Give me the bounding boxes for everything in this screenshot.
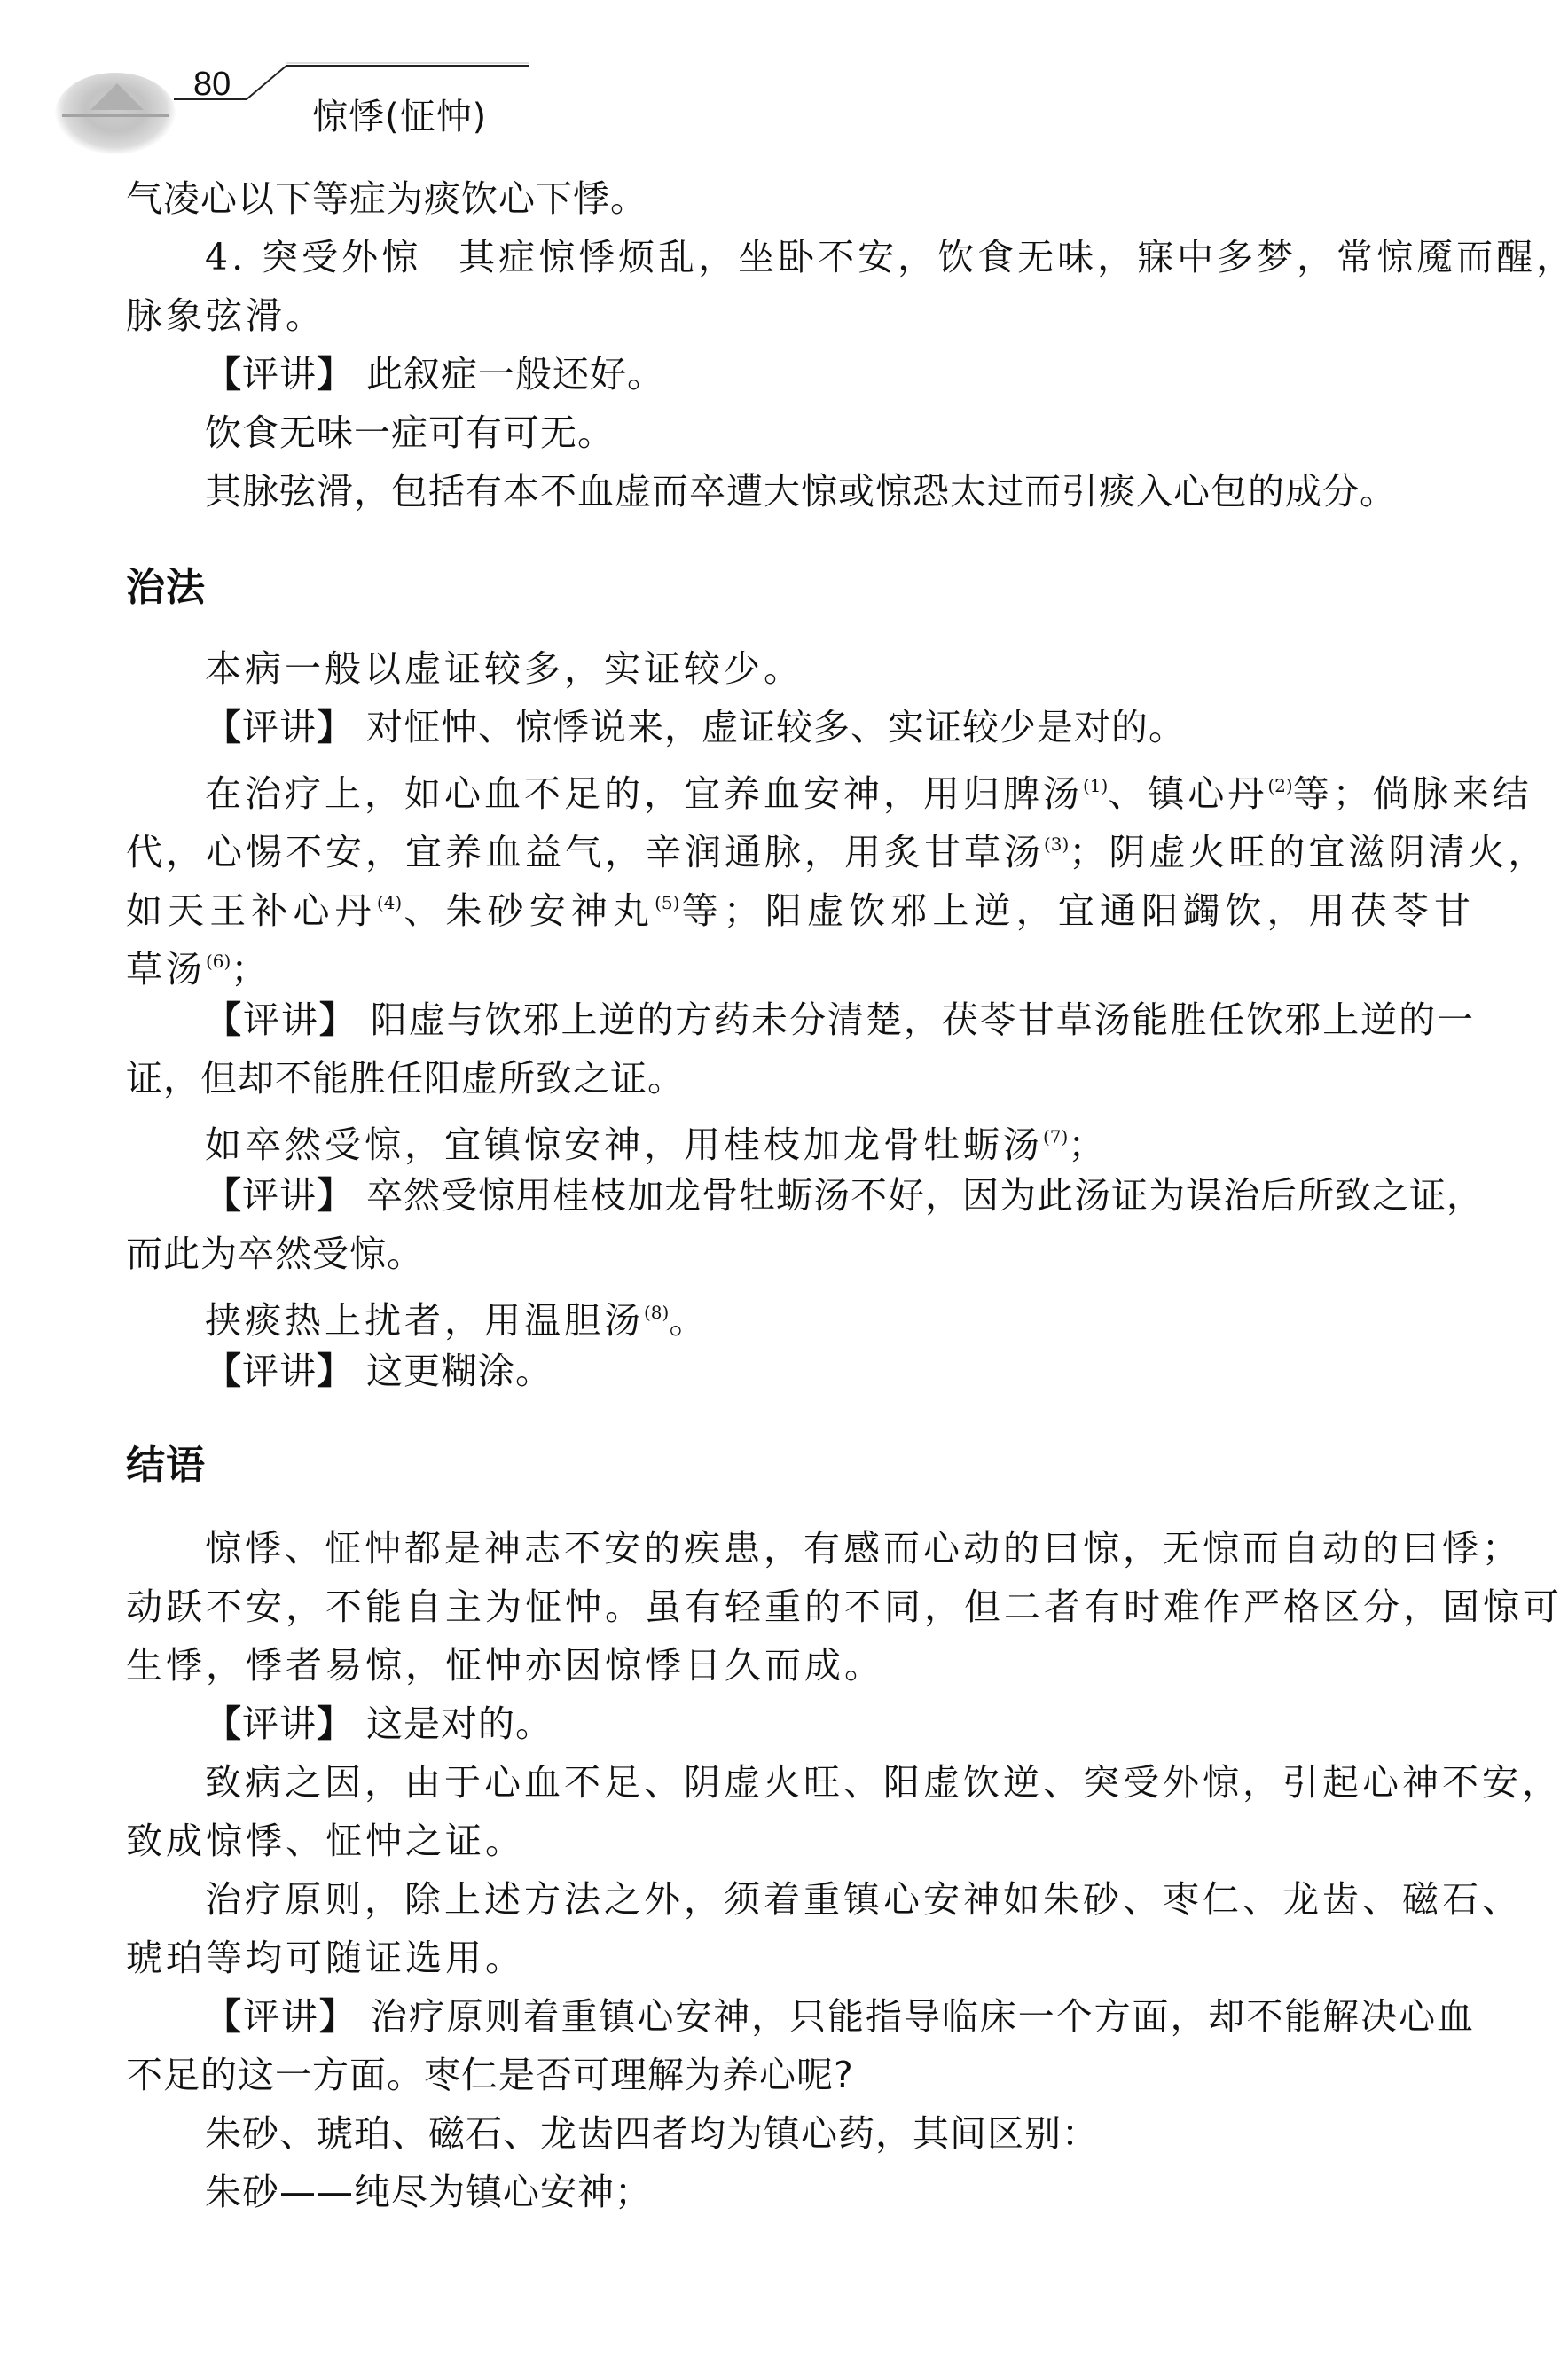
footnote-ref[interactable]: (8) (644, 1302, 669, 1323)
commentary-tag: 【评讲】 (205, 1350, 354, 1392)
commentary-tag: 【评讲】 (205, 706, 354, 748)
paragraph-line: 琥珀等均可随证选用。 (126, 1933, 1474, 1983)
commentary-line: 饮食无味一症可有可无。 (205, 408, 1474, 458)
paragraph-line: 脉象弦滑。 (126, 291, 1474, 341)
footnote-ref[interactable]: (3) (1044, 834, 1069, 855)
paragraph-line: 如卒然受惊，宜镇惊安神，用桂枝加龙骨牡蛎汤(7)； (205, 1112, 1474, 1170)
commentary-tag: 【评讲】 (205, 1995, 357, 2038)
commentary-line: 【评讲】 此叙症一般还好。 (205, 349, 1474, 399)
footnote-ref[interactable]: (5) (655, 892, 679, 913)
paragraph-line: 草汤(6)； (126, 936, 1474, 994)
commentary-line: 朱砂——纯尽为镇心安神； (205, 2167, 1474, 2217)
commentary-line: 证，但却不能胜任阳虚所致之证。 (126, 1053, 1474, 1103)
footnote-ref[interactable]: (2) (1267, 775, 1292, 796)
footnote-ref[interactable]: (4) (377, 892, 402, 913)
running-title: 惊悸(怔忡) (312, 89, 487, 139)
page-number: 80 (193, 66, 231, 104)
commentary-line: 不足的这一方面。枣仁是否可理解为养心呢? (126, 2050, 1474, 2100)
footnote-ref[interactable]: (1) (1083, 775, 1108, 796)
commentary-line: 朱砂、琥珀、磁石、龙齿四者均为镇心药，其间区别： (205, 2109, 1474, 2158)
commentary-tag: 【评讲】 (205, 1703, 354, 1745)
footnote-ref[interactable]: (7) (1043, 1126, 1068, 1147)
commentary-line: 【评讲】 这更糊涂。 (205, 1346, 1474, 1396)
section-heading-treatment: 治法 (126, 555, 206, 612)
item-heading: 4. 突受外惊 (205, 236, 421, 278)
commentary-tag: 【评讲】 (205, 998, 357, 1041)
commentary-line: 而此为卒然受惊。 (126, 1229, 1474, 1279)
paragraph-line: 致病之因，由于心血不足、阴虚火旺、阳虚饮逆、突受外惊，引起心神不安， (205, 1758, 1474, 1807)
commentary-line: 【评讲】 这是对的。 (205, 1699, 1474, 1749)
paragraph-line: 代，心惕不安，宜养血益气，辛润通脉，用炙甘草汤(3)；阴虚火旺的宜滋阴清火， (126, 819, 1474, 877)
paragraph-line: 生悸，悸者易惊，怔忡亦因惊悸日久而成。 (126, 1640, 1474, 1690)
page-header: 80 惊悸(怔忡) (0, 0, 1568, 168)
footnote-ref[interactable]: (6) (206, 951, 231, 972)
commentary-line: 【评讲】 对怔忡、惊悸说来，虚证较多、实证较少是对的。 (205, 702, 1474, 752)
paragraph-line: 治疗原则，除上述方法之外，须着重镇心安神如朱砂、枣仁、龙齿、磁石、 (205, 1875, 1474, 1924)
paragraph-line: 动跃不安，不能自主为怔忡。虽有轻重的不同，但二者有时难作严格区分，固惊可 (126, 1582, 1474, 1632)
paragraph-line: 气凌心以下等症为痰饮心下悸。 (126, 174, 1474, 223)
commentary-line: 【评讲】 治疗原则着重镇心安神，只能指导临床一个方面，却不能解决心血 (205, 1992, 1474, 2041)
commentary-line: 【评讲】 阳虚与饮邪上逆的方药未分清楚，茯苓甘草汤能胜任饮邪上逆的一 (205, 995, 1474, 1045)
commentary-tag: 【评讲】 (205, 1174, 354, 1217)
commentary-tag: 【评讲】 (205, 353, 354, 395)
section-heading-conclusion: 结语 (126, 1433, 206, 1490)
commentary-line: 【评讲】 卒然受惊用桂枝加龙骨牡蛎汤不好，因为此汤证为误治后所致之证， (205, 1170, 1474, 1220)
paragraph-line: 本病一般以虚证较多，实证较少。 (205, 644, 1474, 693)
paragraph-line: 惊悸、怔忡都是神志不安的疾患，有感而心动的曰惊，无惊而自动的曰悸； (205, 1523, 1474, 1573)
paragraph-line: 在治疗上，如心血不足的，宜养血安神，用归脾汤(1)、镇心丹(2)等；倘脉来结 (205, 761, 1474, 818)
paragraph-line: 致成惊悸、怔忡之证。 (126, 1816, 1474, 1866)
paragraph-line: 如天王补心丹(4)、朱砂安神丸(5)等；阳虚饮邪上逆，宜通阳蠲饮，用茯苓甘 (126, 878, 1474, 936)
commentary-line: 其脉弦滑，包括有本不血虚而卒遭大惊或惊恐太过而引痰入心包的成分。 (205, 466, 1474, 516)
paragraph-line: 挟痰热上扰者，用温胆汤(8)。 (205, 1288, 1474, 1345)
book-page: 80 惊悸(怔忡) 气凌心以下等症为痰饮心下悸。 4. 突受外惊其症惊悸烦乱，坐… (0, 0, 1568, 2380)
item-text: 其症惊悸烦乱，坐卧不安，饮食无味，寐中多梦，常惊魇而醒， (459, 236, 1568, 278)
symptom-item-4: 4. 突受外惊其症惊悸烦乱，坐卧不安，饮食无味，寐中多梦，常惊魇而醒， (205, 232, 1474, 282)
